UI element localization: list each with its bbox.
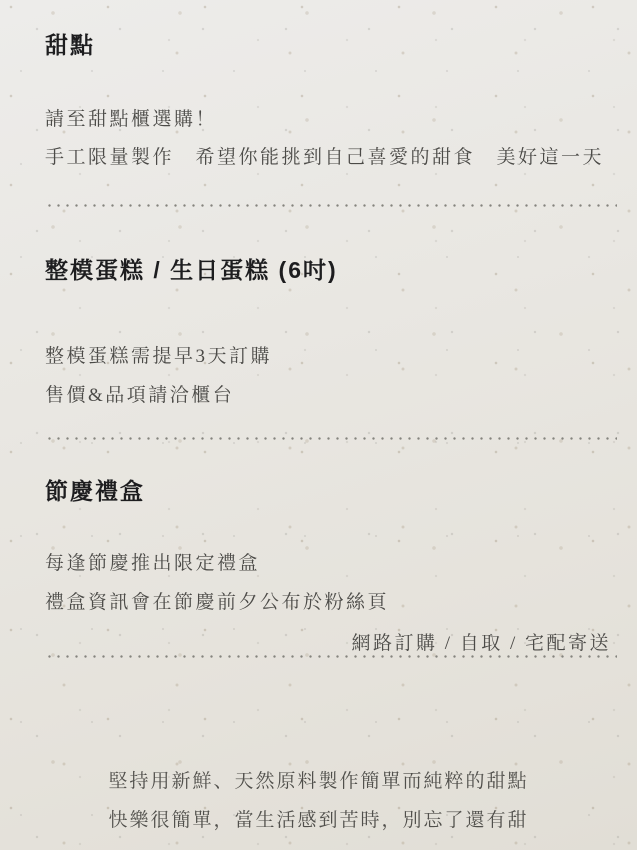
desserts-line-2: 手工限量製作 希望你能挑到自己喜愛的甜食 美好這一天 [45,142,604,169]
section-title-gift-boxes: 節慶禮盒 [45,473,145,506]
footer-motto-line-1: 堅持用新鮮、天然原料製作簡單而純粹的甜點 [0,766,637,793]
footer-motto-line-2: 快樂很簡單，當生活感到苦時，別忘了還有甜 [0,805,637,832]
whole-cakes-line-2: 售價&品項請洽櫃台 [45,380,234,407]
desserts-line-1: 請至甜點櫃選購！ [45,104,217,131]
section-divider [45,437,617,440]
whole-cakes-line-1: 整模蛋糕需提早3天訂購 [45,341,272,368]
section-title-whole-cakes: 整模蛋糕 / 生日蛋糕 (6吋) [45,252,338,285]
section-divider [45,655,617,658]
gift-boxes-line-2: 禮盒資訊會在節慶前夕公布於粉絲頁 [45,587,389,614]
section-divider [45,204,617,207]
gift-boxes-line-1: 每逢節慶推出限定禮盒 [45,548,260,575]
ordering-options-note: 網路訂購 / 自取 / 宅配寄送 [351,628,611,655]
menu-page: 甜點 請至甜點櫃選購！ 手工限量製作 希望你能挑到自己喜愛的甜食 美好這一天 整… [0,0,637,850]
section-title-desserts: 甜點 [45,27,95,60]
